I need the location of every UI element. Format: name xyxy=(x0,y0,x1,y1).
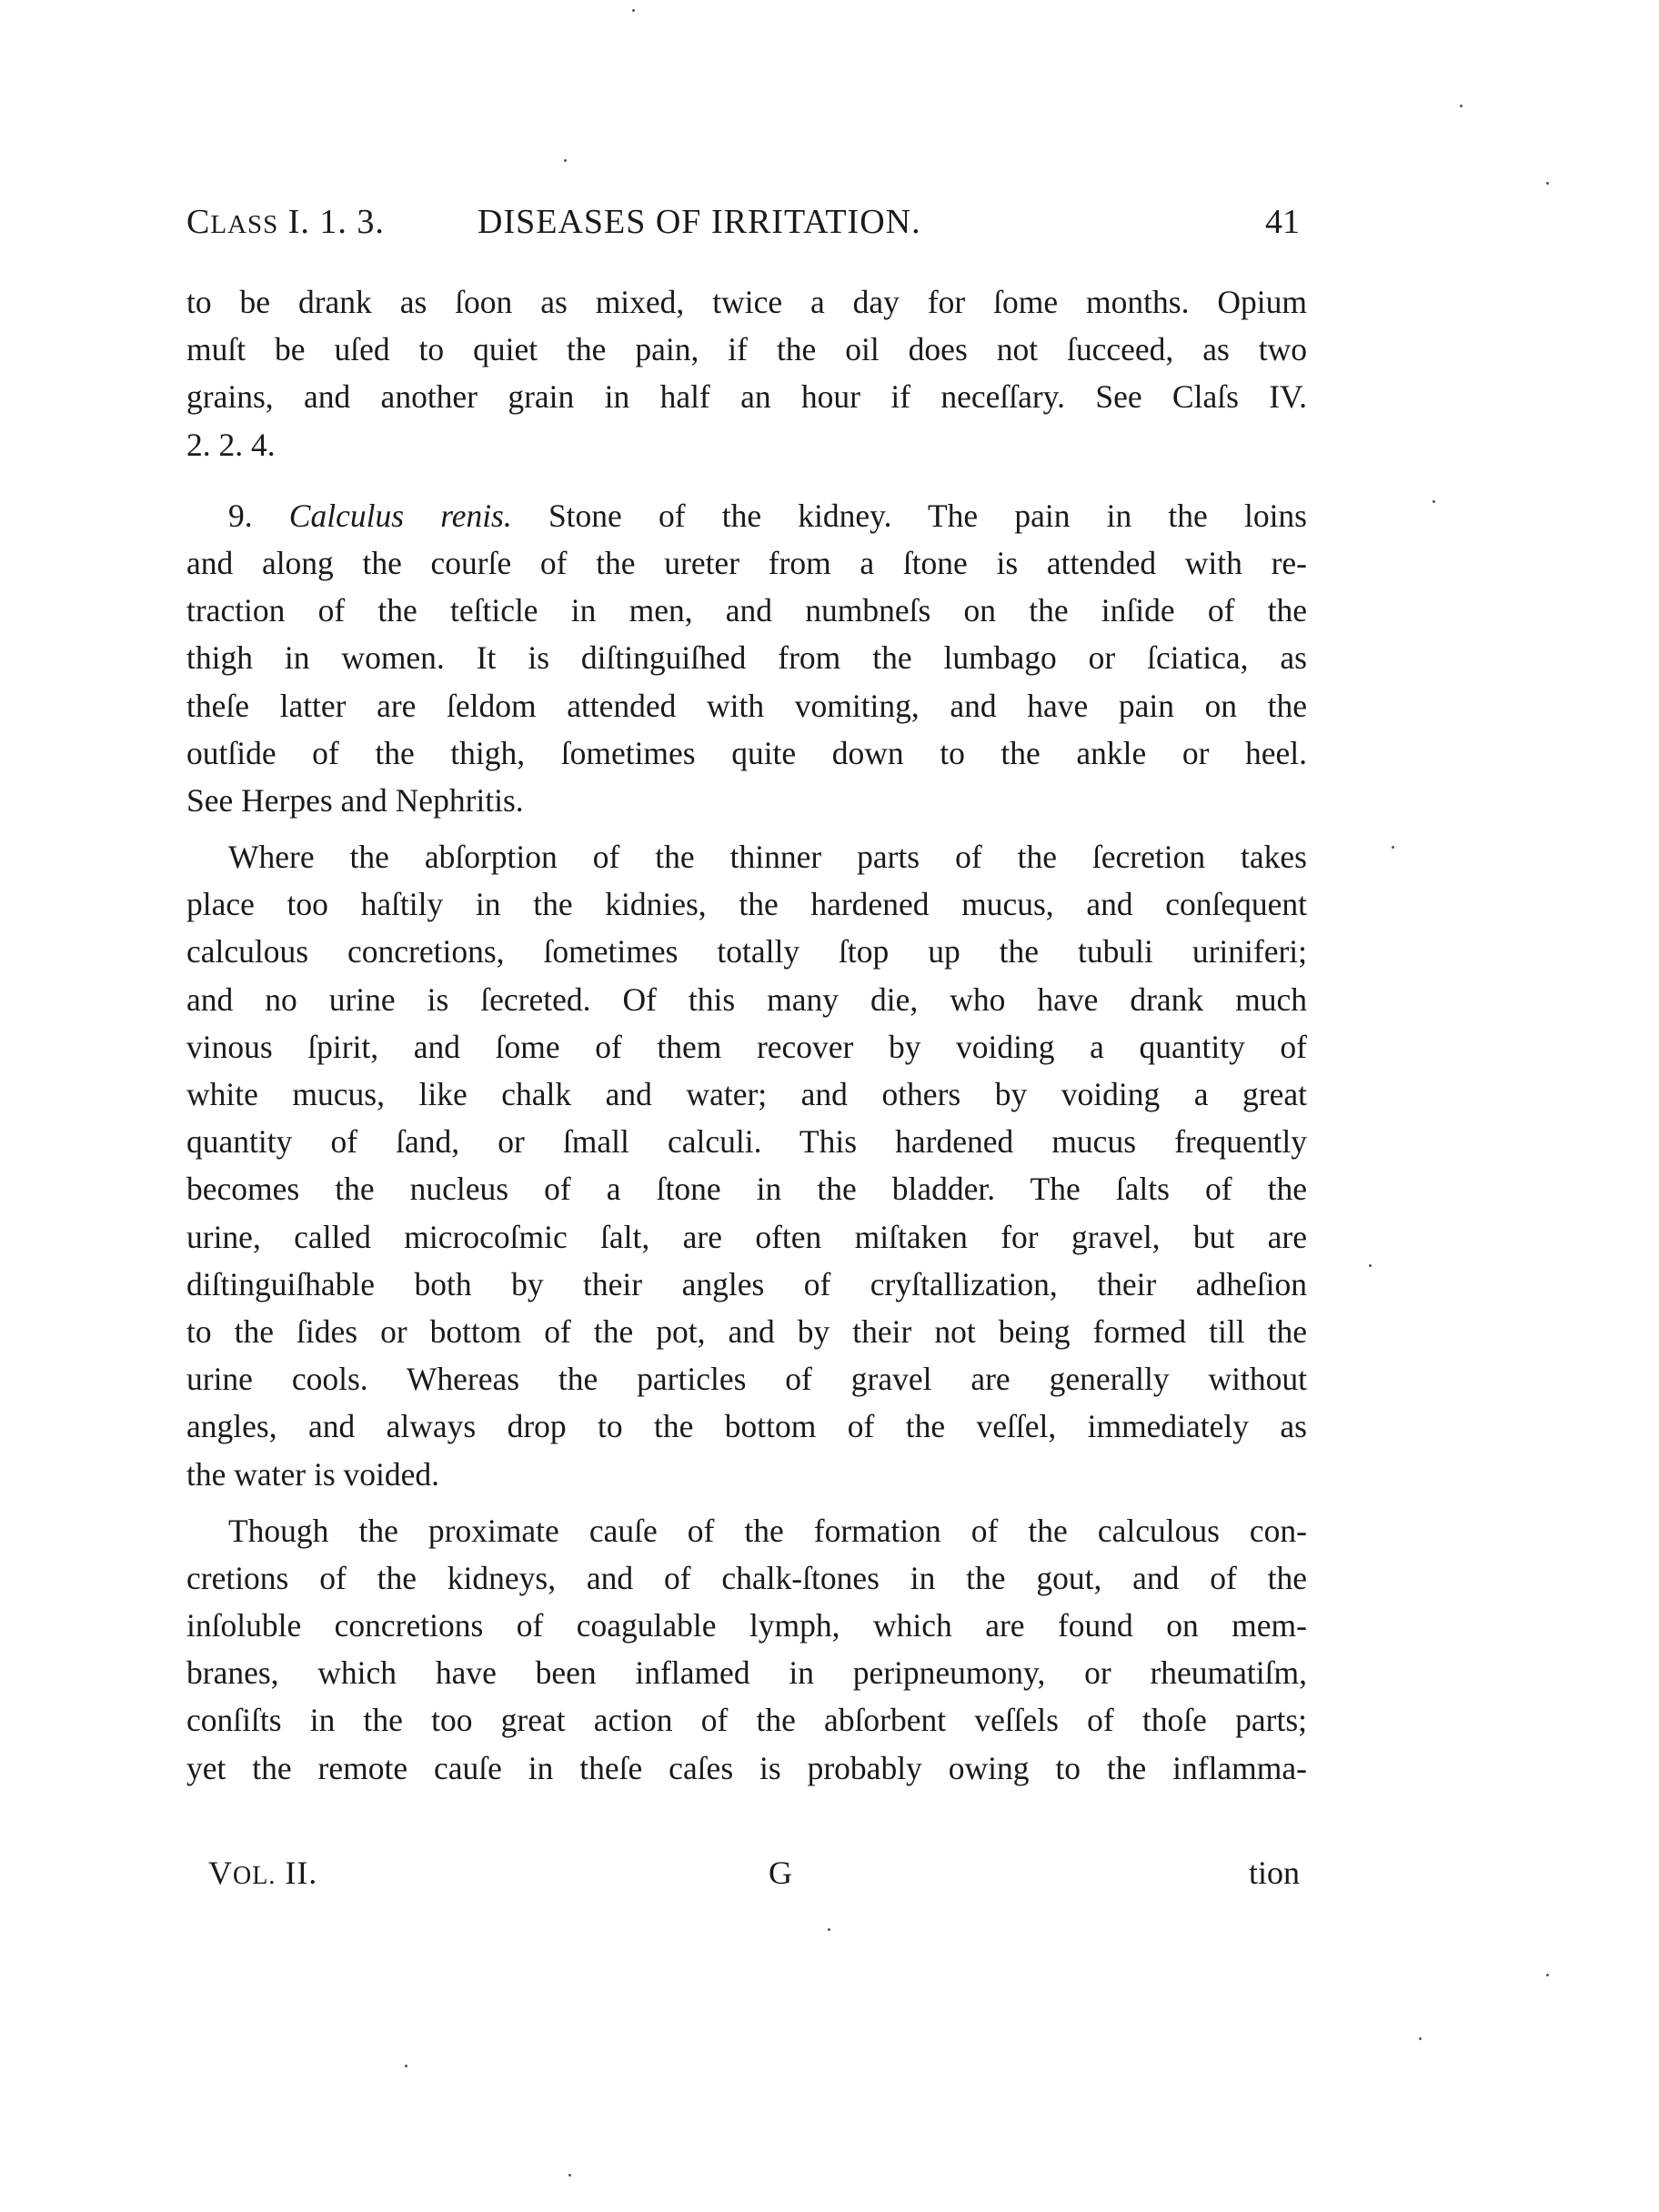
page-footer: VOL. II. G tion xyxy=(186,1854,1307,1899)
entry-number: 9. xyxy=(228,498,253,534)
signature-mark: G xyxy=(769,1854,792,1892)
text-line: grains, and another grain in half an hou… xyxy=(186,373,1307,420)
text-line: conſiſts in the too great action of the … xyxy=(186,1696,1307,1744)
text-line: inſoluble concretions of coagulable lymp… xyxy=(186,1602,1307,1649)
text-line: to be drank as ſoon as mixed, twice a da… xyxy=(186,278,1307,326)
class-number: I. 1. 3. xyxy=(288,203,385,241)
text-line: diſtinguiſhable both by their angles of … xyxy=(186,1261,1307,1308)
paragraph-gap xyxy=(186,468,1307,492)
entry-heading-line: 9. Calculus renis. Stone of the kidney. … xyxy=(186,492,1307,539)
text-line: angles, and always drop to the bottom of… xyxy=(186,1403,1307,1450)
volume-initial: V xyxy=(208,1855,233,1891)
paragraph-calculus-renis: 9. Calculus renis. Stone of the kidney. … xyxy=(186,492,1307,824)
volume-smallcaps: OL. xyxy=(233,1862,276,1890)
text-line: thigh in women. It is diſtinguiſhed from… xyxy=(186,634,1307,681)
scan-speck xyxy=(564,159,567,162)
text-line: traction of the teſticle in men, and num… xyxy=(186,587,1307,634)
paragraph-gap xyxy=(186,824,1307,833)
catchword: tion xyxy=(1249,1854,1300,1892)
class-initial: C xyxy=(186,203,210,241)
text-line: quantity of ſand, or ſmall calculi. This… xyxy=(186,1118,1307,1165)
text-line: Where the abſorption of the thinner part… xyxy=(186,833,1307,880)
text-line: theſe latter are ſeldom attended with vo… xyxy=(186,682,1307,729)
text-line: place too haſtily in the kidnies, the ha… xyxy=(186,880,1307,928)
scan-speck xyxy=(1546,182,1549,185)
scan-speck xyxy=(1433,500,1435,503)
text-line: calculous concretions, ſometimes totally… xyxy=(186,928,1307,975)
paragraph-proximate-cause: Though the proximate cauſe of the format… xyxy=(186,1507,1307,1792)
text-line: Though the proximate cauſe of the format… xyxy=(186,1507,1307,1554)
paragraph-opium: to be drank as ſoon as mixed, twice a da… xyxy=(186,278,1307,468)
paragraph-gap xyxy=(186,1498,1307,1507)
class-reference: CLASS I. 1. 3. xyxy=(186,202,385,242)
running-head: CLASS I. 1. 3. DISEASES OF IRRITATION. 4… xyxy=(186,202,1307,247)
text-line: outſide of the thigh, ſometimes quite do… xyxy=(186,729,1307,777)
scan-speck xyxy=(568,2174,571,2177)
chapter-title: DISEASES OF IRRITATION. xyxy=(478,202,921,242)
entry-description: Stone of the kidney. The pain in the loi… xyxy=(548,498,1307,534)
scan-speck xyxy=(1392,846,1394,849)
text-line: and no urine is ſecreted. Of this many d… xyxy=(186,976,1307,1023)
paragraph-absorption: Where the abſorption of the thinner part… xyxy=(186,833,1307,1498)
text-line: urine cools. Whereas the particles of gr… xyxy=(186,1355,1307,1403)
text-line: and along the courſe of the ureter from … xyxy=(186,539,1307,587)
class-smallcaps: LASS xyxy=(210,210,278,239)
text-line: yet the remote cauſe in theſe caſes is p… xyxy=(186,1744,1307,1792)
text-line: branes, which have been inflamed in peri… xyxy=(186,1649,1307,1696)
scan-speck xyxy=(405,2065,407,2067)
text-line: vinous ſpirit, and ſome of them recover … xyxy=(186,1023,1307,1071)
volume-number: II. xyxy=(285,1855,317,1891)
text-line: urine, called microcoſmic ſalt, are ofte… xyxy=(186,1213,1307,1261)
entry-title: Calculus renis. xyxy=(289,498,512,534)
body-text: to be drank as ſoon as mixed, twice a da… xyxy=(186,278,1307,1792)
text-line: to the ſides or bottom of the pot, and b… xyxy=(186,1308,1307,1355)
text-line: cretions of the kidneys, and of chalk-ſt… xyxy=(186,1554,1307,1602)
scan-speck xyxy=(1419,2037,1422,2040)
volume-label: VOL. II. xyxy=(208,1854,317,1892)
text-line: white mucus, like chalk and water; and o… xyxy=(186,1071,1307,1118)
scan-speck xyxy=(1546,1974,1549,1976)
text-line: the water is voided. xyxy=(186,1451,1307,1498)
text-line: becomes the nucleus of a ſtone in the bl… xyxy=(186,1165,1307,1212)
scan-speck xyxy=(828,1928,830,1931)
text-line: muſt be uſed to quiet the pain, if the o… xyxy=(186,326,1307,373)
scan-speck xyxy=(1460,105,1463,107)
page-number: 41 xyxy=(1265,202,1300,242)
scan-speck xyxy=(632,9,635,12)
text-line: See Herpes and Nephritis. xyxy=(186,777,1307,824)
scan-speck xyxy=(1369,1264,1372,1267)
text-line: 2. 2. 4. xyxy=(186,421,1307,468)
